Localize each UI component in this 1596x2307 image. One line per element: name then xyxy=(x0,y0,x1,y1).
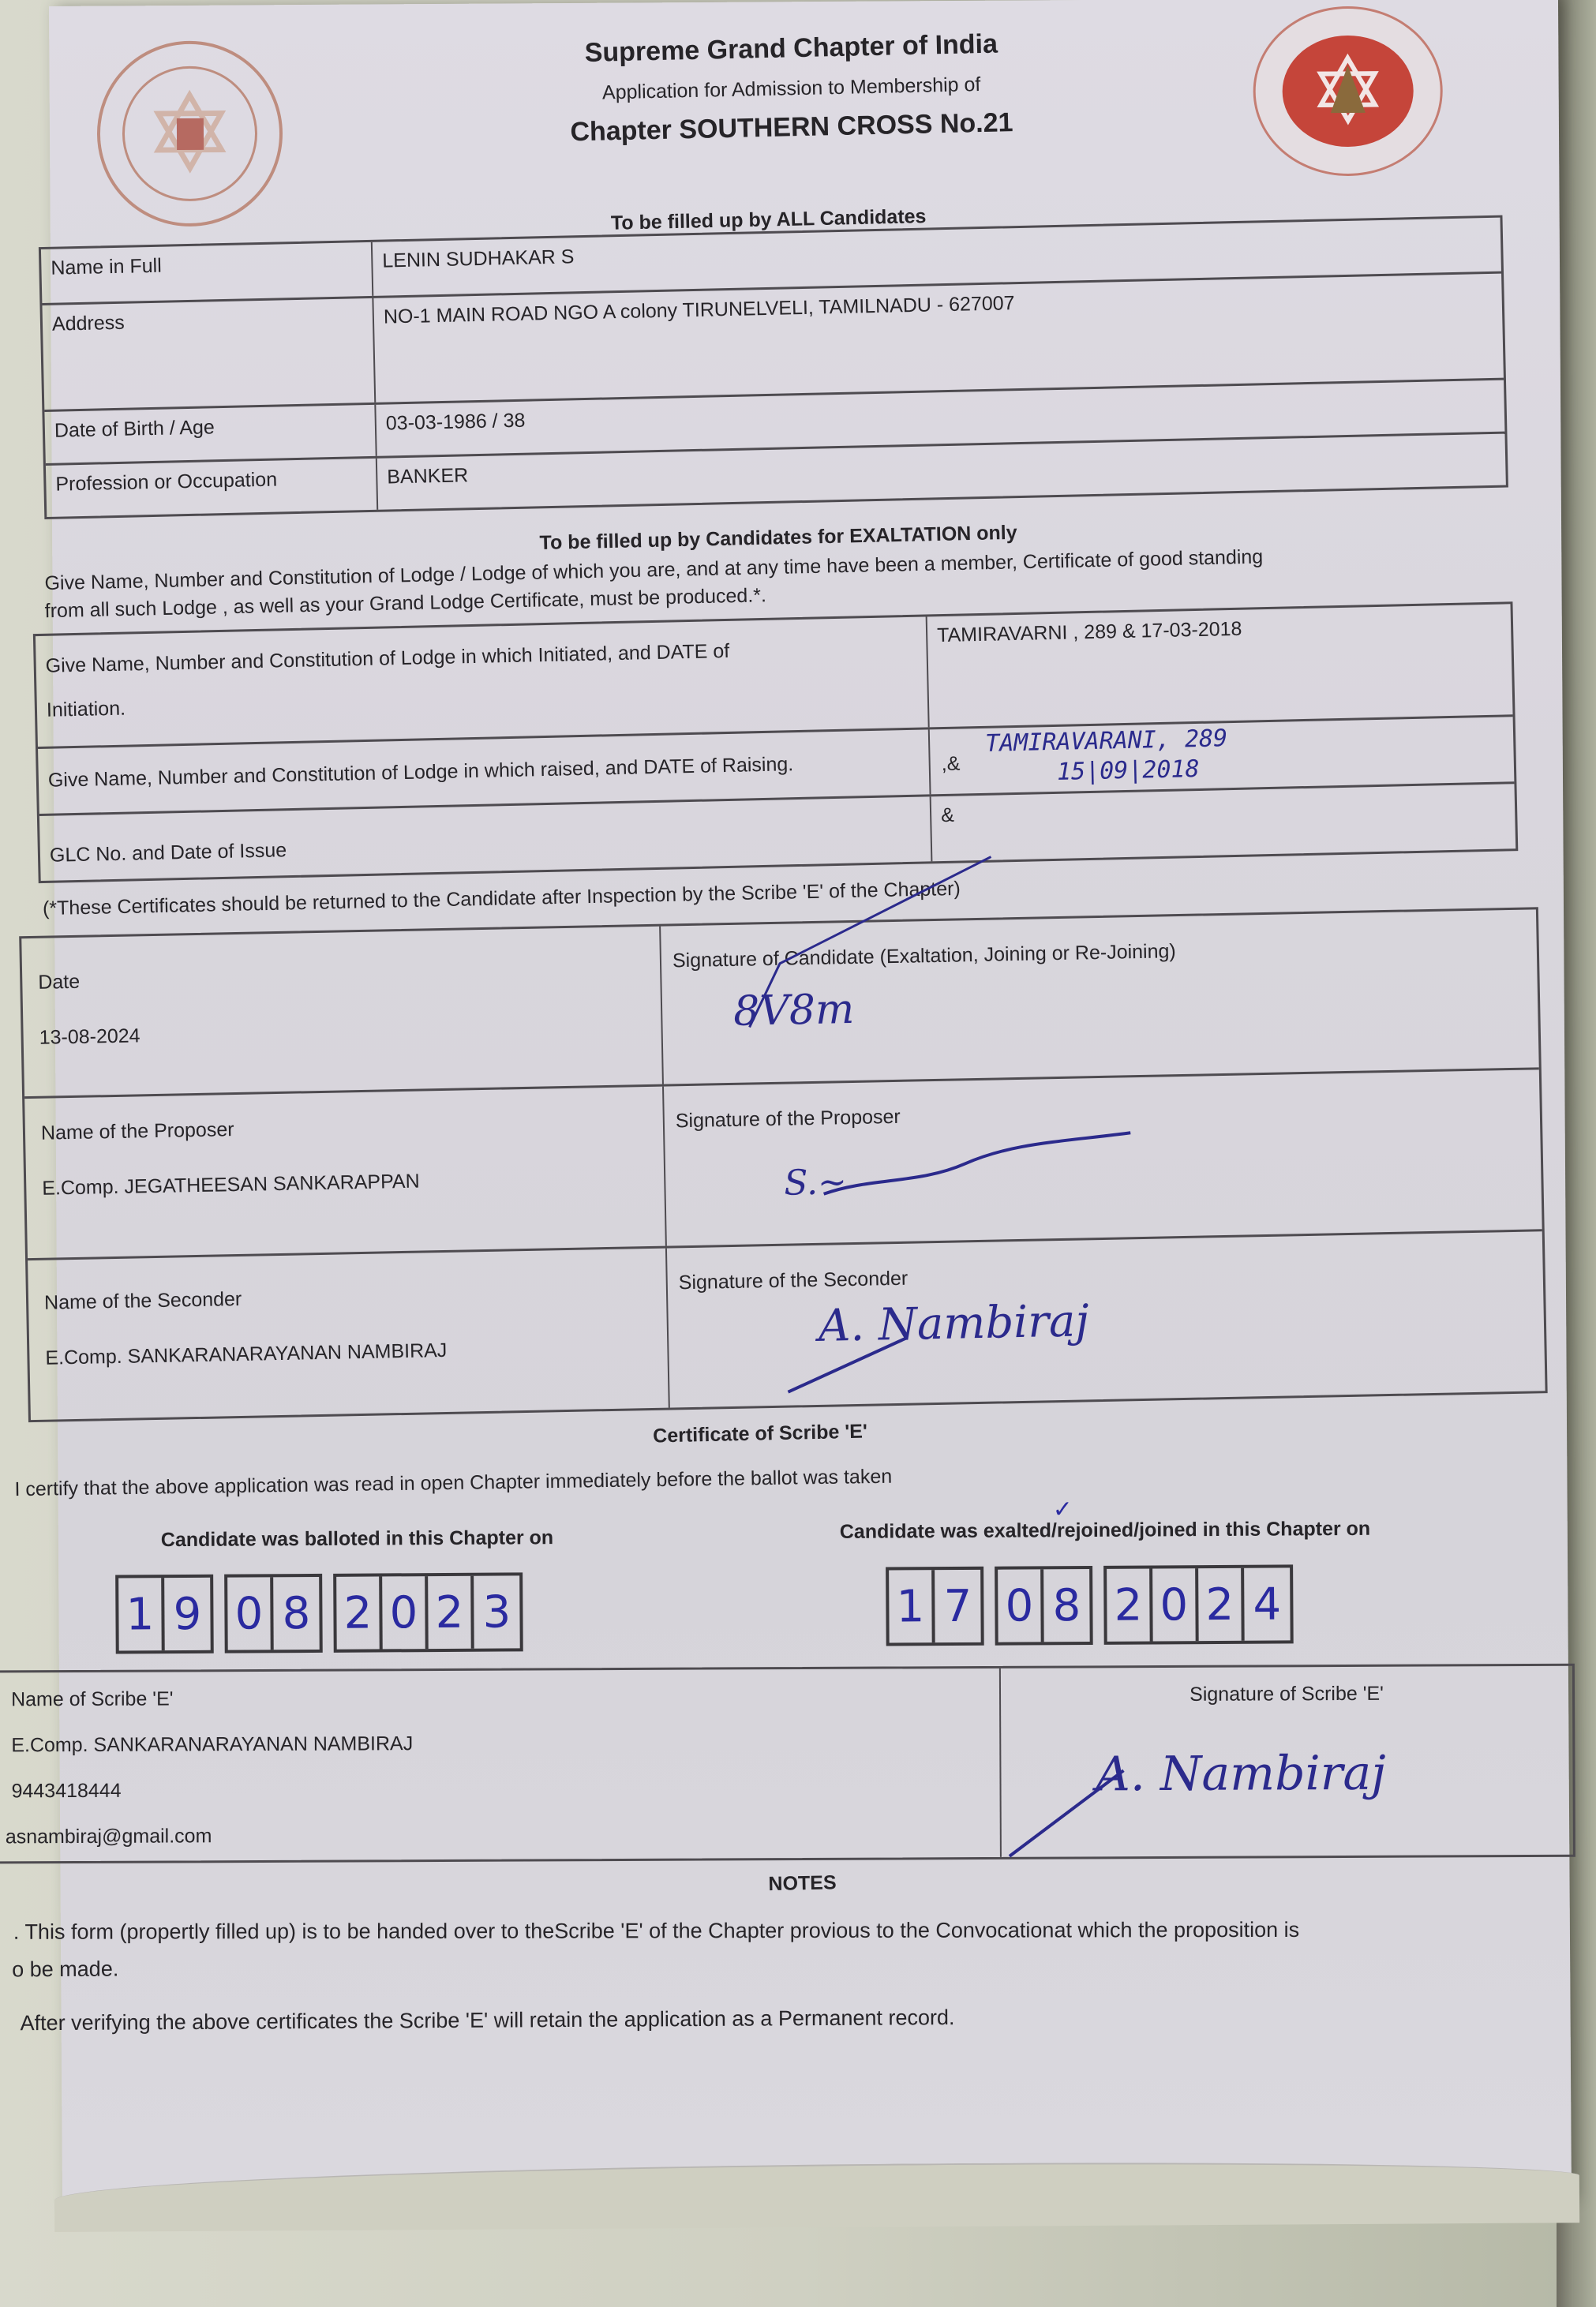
triangle-icon xyxy=(1330,65,1365,112)
form-subtitle: Application for Admission to Membership … xyxy=(538,72,1043,106)
proposer-signature-label: Signature of the Proposer xyxy=(676,1106,901,1133)
date-cell: Date 13-08-2024 xyxy=(21,927,664,1097)
balloted-label: Candidate was balloted in this Chapter o… xyxy=(161,1526,553,1552)
digit-box[interactable]: 3 xyxy=(474,1575,520,1648)
name-label: Name in Full xyxy=(41,242,373,303)
digit-box[interactable]: 7 xyxy=(935,1570,981,1642)
digit-box[interactable]: 2 xyxy=(1198,1568,1245,1641)
candidate-details-table: Name in Full LENIN SUDHAKAR S Address NO… xyxy=(39,215,1508,519)
digit-box[interactable]: 1 xyxy=(889,1570,935,1642)
seconder-name-cell: Name of the Seconder E.Comp. SANKARANARA… xyxy=(28,1249,670,1421)
scribe-email-field[interactable]: asnambiraj@gmail.com xyxy=(6,1825,212,1848)
digit-box[interactable]: 9 xyxy=(164,1578,211,1650)
initiation-label: Give Name, Number and Constitution of Lo… xyxy=(36,616,930,747)
surface-below-sheet xyxy=(54,2159,1579,2232)
seconder-name-field[interactable]: E.Comp. SANKARANARAYANAN NAMBIRAJ xyxy=(45,1339,447,1370)
digit-box[interactable]: 0 xyxy=(382,1576,429,1649)
seconder-signature-label: Signature of the Seconder xyxy=(679,1268,909,1295)
glc-field[interactable]: & xyxy=(931,784,1516,861)
digit-box[interactable]: 2 xyxy=(1107,1568,1153,1641)
proposer-name-cell: Name of the Proposer E.Comp. JEGATHEESAN… xyxy=(24,1087,667,1259)
seconder-signature-cell: Signature of the Seconder A. Nambiraj xyxy=(667,1231,1545,1407)
raising-handwritten-lodge: TAMIRAVARANI, 289 xyxy=(985,725,1228,758)
seconder-name-label: Name of the Seconder xyxy=(44,1288,242,1315)
digit-box[interactable]: 2 xyxy=(428,1576,474,1649)
digit-box[interactable]: 0 xyxy=(227,1577,274,1650)
balloted-date-boxes: 1 9 0 8 2 0 2 3 xyxy=(115,1572,534,1653)
scribe-details-cell: Name of Scribe 'E' E.Comp. SANKARANARAYA… xyxy=(0,1668,1002,1862)
scribe-certificate-heading: Certificate of Scribe 'E' xyxy=(563,1418,958,1450)
proposer-name-label: Name of the Proposer xyxy=(41,1118,234,1145)
supreme-grand-chapter-seal-icon: ✡ xyxy=(96,40,283,227)
date-label: Date xyxy=(38,971,80,994)
candidate-signature-stroke-icon xyxy=(731,856,1011,1067)
exalted-date-boxes: 1 7 0 8 2 0 2 4 xyxy=(886,1564,1305,1646)
note-item-1-continued: o be made. xyxy=(12,1957,118,1983)
exalted-day: 1 7 xyxy=(886,1567,984,1646)
proposer-signature-stroke-icon xyxy=(822,1125,1140,1210)
raising-field[interactable]: ,& TAMIRAVARANI, 289 15|09|2018 xyxy=(930,717,1515,794)
balloted-year: 2 0 2 3 xyxy=(333,1572,523,1652)
scribe-signature-stroke-icon xyxy=(1009,1762,1136,1858)
table-row: Name of the Seconder E.Comp. SANKARANARA… xyxy=(28,1229,1545,1420)
lodge-details-table: Give Name, Number and Constitution of Lo… xyxy=(33,601,1518,883)
exalted-month: 0 8 xyxy=(995,1566,1093,1646)
application-form-sheet: ✡ ✡ Supreme Grand Chapter of India Appli… xyxy=(49,0,1572,2208)
exalted-label: Candidate was exalted/rejoined/joined in… xyxy=(840,1518,1371,1544)
table-row: Name of Scribe 'E' E.Comp. SANKARANARAYA… xyxy=(0,1666,1573,1862)
proposer-signature-cell: Signature of the Proposer S.~ xyxy=(664,1069,1542,1245)
candidate-signature-cell: Signature of Candidate (Exaltation, Join… xyxy=(661,909,1539,1084)
triple-tau-icon xyxy=(176,118,203,149)
dob-age-label: Date of Birth / Age xyxy=(44,405,377,463)
scribe-certification-statement: I certify that the above application was… xyxy=(14,1466,892,1501)
digit-box[interactable]: 2 xyxy=(336,1576,383,1649)
scribe-signature-label: Signature of Scribe 'E' xyxy=(1001,1682,1572,1707)
proposer-name-field[interactable]: E.Comp. JEGATHEESAN SANKARAPPAN xyxy=(42,1170,420,1200)
date-field[interactable]: 13-08-2024 xyxy=(39,1024,140,1049)
signatures-table: Date 13-08-2024 Signature of Candidate (… xyxy=(19,907,1547,1422)
seconder-signature-stroke-icon xyxy=(787,1331,915,1396)
occupation-label: Profession or Occupation xyxy=(46,459,378,517)
digit-box[interactable]: 8 xyxy=(273,1577,320,1650)
initiation-field[interactable]: TAMIRAVARNI , 289 & 17-03-2018 xyxy=(927,604,1513,727)
scribe-name-field[interactable]: E.Comp. SANKARANARAYANAN NAMBIRAJ xyxy=(11,1732,413,1757)
table-row: Name of the Proposer E.Comp. JEGATHEESAN… xyxy=(24,1067,1542,1258)
chapter-name: Chapter SOUTHERN CROSS No.21 xyxy=(523,107,1061,149)
exalted-year: 2 0 2 4 xyxy=(1103,1564,1294,1644)
scribe-signature[interactable]: A. Nambiraj xyxy=(1096,1746,1386,1803)
scribe-name-label: Name of Scribe 'E' xyxy=(11,1687,174,1711)
address-label: Address xyxy=(42,298,376,410)
table-row: Date 13-08-2024 Signature of Candidate (… xyxy=(21,909,1538,1096)
digit-box[interactable]: 4 xyxy=(1244,1567,1291,1640)
notes-heading: NOTES xyxy=(723,1871,882,1897)
balloted-day: 1 9 xyxy=(115,1575,214,1654)
digit-box[interactable]: 0 xyxy=(1152,1568,1199,1641)
scribe-signature-cell: Signature of Scribe 'E' A. Nambiraj xyxy=(1001,1666,1573,1857)
digit-box[interactable]: 1 xyxy=(118,1578,165,1650)
digit-box[interactable]: 8 xyxy=(1043,1569,1090,1642)
raising-handwritten-date: 15|09|2018 xyxy=(1057,755,1200,786)
scribe-details-table: Name of Scribe 'E' E.Comp. SANKARANARAYA… xyxy=(0,1664,1575,1864)
note-item-1: . This form (propertly filled up) is to … xyxy=(13,1918,1299,1945)
scribe-phone-field[interactable]: 9443418444 xyxy=(11,1780,121,1803)
note-item-2: After verifying the above certificates t… xyxy=(21,2006,955,2035)
regional-grand-chapter-seal-icon: ✡ xyxy=(1253,6,1443,176)
balloted-month: 0 8 xyxy=(224,1574,323,1653)
form-title: Supreme Grand Chapter of India xyxy=(538,28,1044,69)
raising-printed-value: ,& xyxy=(941,753,960,777)
digit-box[interactable]: 0 xyxy=(998,1569,1044,1642)
